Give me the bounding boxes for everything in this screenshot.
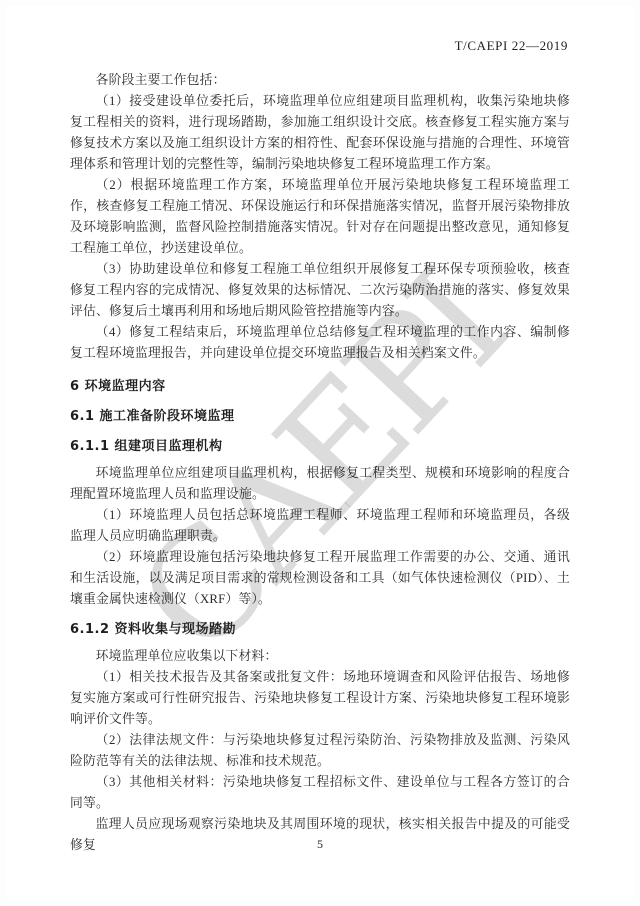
paragraph: 各阶段主要工作包括： [70,70,570,91]
paragraph: （1）接受建设单位委托后，环境监理单位应组建项目监理机构，收集污染地块修复工程相… [70,91,570,175]
paragraph: （2）环境监理设施包括污染地块修复工程开展监理工作需要的办公、交通、通讯和生活设… [70,547,570,610]
document-body: 各阶段主要工作包括：（1）接受建设单位委托后，环境监理单位应组建项目监理机构，收… [70,70,570,856]
section-heading: 6.1 施工准备阶段环境监理 [70,406,570,427]
paragraph: 环境监理单位应组建项目监理机构，根据修复工程类型、规模和环境影响的程度合理配置环… [70,463,570,505]
paragraph: （1）环境监理人员包括总环境监理工程师、环境监理工程师和环境监理员，各级监理人员… [70,505,570,547]
paragraph: （3）协助建设单位和修复工程施工单位组织开展修复工程环保专项预验收，核查修复工程… [70,259,570,322]
document-page: CAEPI T/CAEPI 22—2019 各阶段主要工作包括：（1）接受建设单… [6,6,634,900]
page-number: 5 [317,837,323,851]
paragraph: 环境监理单位应收集以下材料： [70,646,570,667]
paragraph: （4）修复工程结束后，环境监理单位总结修复工程环境监理的工作内容、编制修复工程环… [70,322,570,364]
standard-number: T/CAEPI 22—2019 [455,38,568,53]
section-heading: 6.1.1 组建项目监理机构 [70,436,570,457]
paragraph: （2）法律法规文件：与污染地块修复过程污染防治、污染物排放及监测、污染风险防范等… [70,730,570,772]
paragraph: （3）其他相关材料：污染地块修复工程招标文件、建设单位与工程各方签订的合同等。 [70,772,570,814]
document-viewer: CAEPI T/CAEPI 22—2019 各阶段主要工作包括：（1）接受建设单… [0,0,640,906]
section-heading: 6.1.2 资料收集与现场踏勘 [70,619,570,640]
page-footer: 5 [6,837,634,852]
section-heading: 6 环境监理内容 [70,376,570,397]
document-header: T/CAEPI 22—2019 [70,38,568,54]
paragraph: （2）根据环境监理工作方案，环境监理单位开展污染地块修复工程环境监理工作，核查修… [70,175,570,259]
paragraph: （1）相关技术报告及其备案或批复文件：场地环境调查和风险评估报告、场地修复实施方… [70,667,570,730]
